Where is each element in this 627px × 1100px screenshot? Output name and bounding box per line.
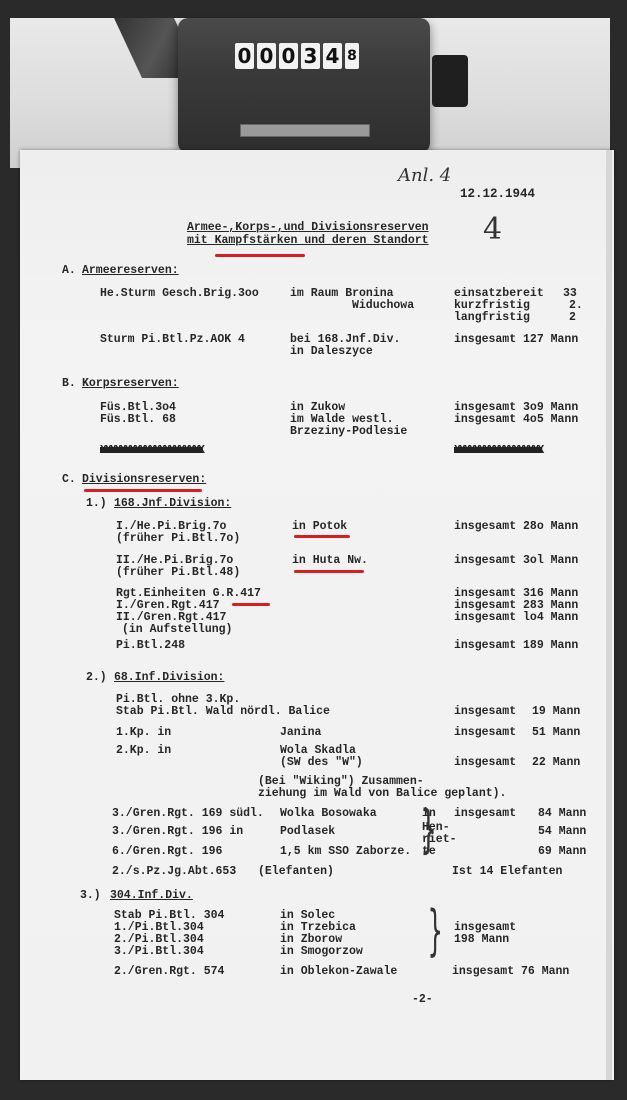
section-a-heading: Armeereserven: bbox=[82, 265, 179, 277]
handwritten-mark: 4 bbox=[483, 224, 502, 236]
unit-location: 1,5 km SSO Zaborze. bbox=[280, 846, 411, 858]
unit-name: Füs.Btl. 68 bbox=[100, 414, 176, 426]
unit-note: (in Aufstellung) bbox=[122, 624, 232, 636]
section-b-letter: B. bbox=[62, 378, 76, 390]
section-b-heading: Korpsreserven: bbox=[82, 378, 179, 390]
handwritten-annotation: Anl. 4 bbox=[398, 170, 451, 182]
strength-value: 22 Mann bbox=[532, 757, 580, 769]
document-date: 12.12.1944 bbox=[460, 188, 535, 200]
red-underline bbox=[294, 570, 364, 573]
counter-digit: 0 bbox=[279, 43, 298, 69]
unit-location: in Huta Nw. bbox=[292, 555, 368, 567]
strength-label: insgesamt bbox=[454, 727, 516, 739]
division-name: 304.Inf.Div. bbox=[110, 890, 193, 902]
section-c-letter: C. bbox=[62, 474, 76, 486]
unit-strength: insgesamt 4o5 Mann bbox=[454, 414, 578, 426]
strength-label: insgesamt bbox=[454, 706, 516, 718]
unit-location: in Oblekon-Zawale bbox=[280, 966, 397, 978]
unit-location: in Potok bbox=[292, 521, 347, 533]
division-name: 68.Inf.Division: bbox=[114, 672, 224, 684]
red-underline bbox=[84, 489, 202, 492]
unit-name: 6./Gren.Rgt. 196 bbox=[112, 846, 222, 858]
unit-name: 1.Kp. in bbox=[116, 727, 171, 739]
brace-symbol: } bbox=[427, 904, 442, 958]
readiness-value: 2 bbox=[569, 312, 576, 324]
unit-location: Wolka Bosowaka bbox=[280, 808, 377, 820]
unit-strength: Ist 14 Elefanten bbox=[452, 866, 562, 878]
unit-strength: insgesamt 189 Mann bbox=[454, 640, 578, 652]
unit-name: 2./Gren.Rgt. 574 bbox=[114, 966, 224, 978]
unit-name: He.Sturm Gesch.Brig.3oo bbox=[100, 288, 259, 300]
unit-strength: insgesamt 76 Mann bbox=[452, 966, 569, 978]
counter-digit: 8 bbox=[345, 43, 359, 69]
unit-strength: insgesamt lo4 Mann bbox=[454, 612, 578, 624]
unit-location: Brzeziny-Podlesie bbox=[290, 426, 407, 438]
unit-location: Janina bbox=[280, 727, 321, 739]
strength-label: insgesamt bbox=[454, 808, 516, 820]
unit-name: 2./s.Pz.Jg.Abt.653 bbox=[112, 866, 236, 878]
unit-name: Sturm Pi.Btl.Pz.AOK 4 bbox=[100, 334, 245, 346]
counter-label-plate bbox=[240, 124, 370, 137]
unit-name: 3./Pi.Btl.304 bbox=[114, 946, 204, 958]
unit-note: (früher Pi.Btl.7o) bbox=[116, 533, 240, 545]
struck-out-text: XXXXXXXXXXXXXXXXXX bbox=[454, 445, 542, 457]
unit-note: (früher Pi.Btl.48) bbox=[116, 567, 240, 579]
unit-name: 3./Gren.Rgt. 196 in bbox=[112, 826, 243, 838]
strength-value: 69 Mann bbox=[538, 846, 586, 858]
strength-value: 19 Mann bbox=[532, 706, 580, 718]
document-title-line1: Armee-,Korps-,und Divisionsreserven bbox=[187, 222, 429, 234]
red-underline bbox=[232, 603, 270, 606]
strength-value: 54 Mann bbox=[538, 826, 586, 838]
counter-digit: 4 bbox=[323, 43, 342, 69]
strength-value: 84 Mann bbox=[538, 808, 586, 820]
red-underline bbox=[215, 254, 305, 257]
counter-digit: 0 bbox=[257, 43, 276, 69]
unit-location: Podlasek bbox=[280, 826, 335, 838]
strength-value: 51 Mann bbox=[532, 727, 580, 739]
counter-digits: 0 0 0 3 4 8 bbox=[235, 43, 359, 69]
brace-symbol: } bbox=[420, 804, 437, 856]
division-number: 2.) bbox=[86, 672, 107, 684]
division-number: 3.) bbox=[80, 890, 101, 902]
unit-name: 3./Gren.Rgt. 169 südl. bbox=[112, 808, 264, 820]
readiness-label: langfristig bbox=[454, 312, 530, 324]
counter-knob bbox=[432, 55, 468, 107]
counter-digit: 3 bbox=[301, 43, 320, 69]
unit-name: Stab Pi.Btl. Wald nördl. Balice bbox=[116, 706, 330, 718]
unit-location: (SW des "W") bbox=[280, 757, 363, 769]
unit-strength: insgesamt 3ol Mann bbox=[454, 555, 578, 567]
unit-location: Widuchowa bbox=[352, 300, 414, 312]
counter-digit: 0 bbox=[235, 43, 254, 69]
remark-text: ziehung im Wald von Balice geplant). bbox=[258, 788, 506, 800]
division-number: 1.) bbox=[86, 498, 107, 510]
section-a-letter: A. bbox=[62, 265, 76, 277]
unit-name: 2.Kp. in bbox=[116, 745, 171, 757]
unit-location: in Daleszyce bbox=[290, 346, 373, 358]
unit-strength: insgesamt 127 Mann bbox=[454, 334, 578, 346]
strength-value: 198 Mann bbox=[454, 934, 509, 946]
unit-location: in Smogorzow bbox=[280, 946, 363, 958]
struck-out-text: XXXXXXXXXXXXXXXXXXXXX bbox=[100, 445, 203, 457]
unit-name: Pi.Btl.248 bbox=[116, 640, 185, 652]
page-edge bbox=[606, 150, 612, 1080]
page-number: -2- bbox=[412, 994, 433, 1006]
division-name: 168.Jnf.Division: bbox=[114, 498, 231, 510]
unit-strength: insgesamt 28o Mann bbox=[454, 521, 578, 533]
document-title-line2: mit Kampfstärken und deren Standort bbox=[187, 235, 429, 247]
unit-location: (Elefanten) bbox=[258, 866, 334, 878]
section-c-heading: Divisionsreserven: bbox=[82, 474, 206, 486]
red-underline bbox=[294, 535, 350, 538]
strength-label: insgesamt bbox=[454, 757, 516, 769]
